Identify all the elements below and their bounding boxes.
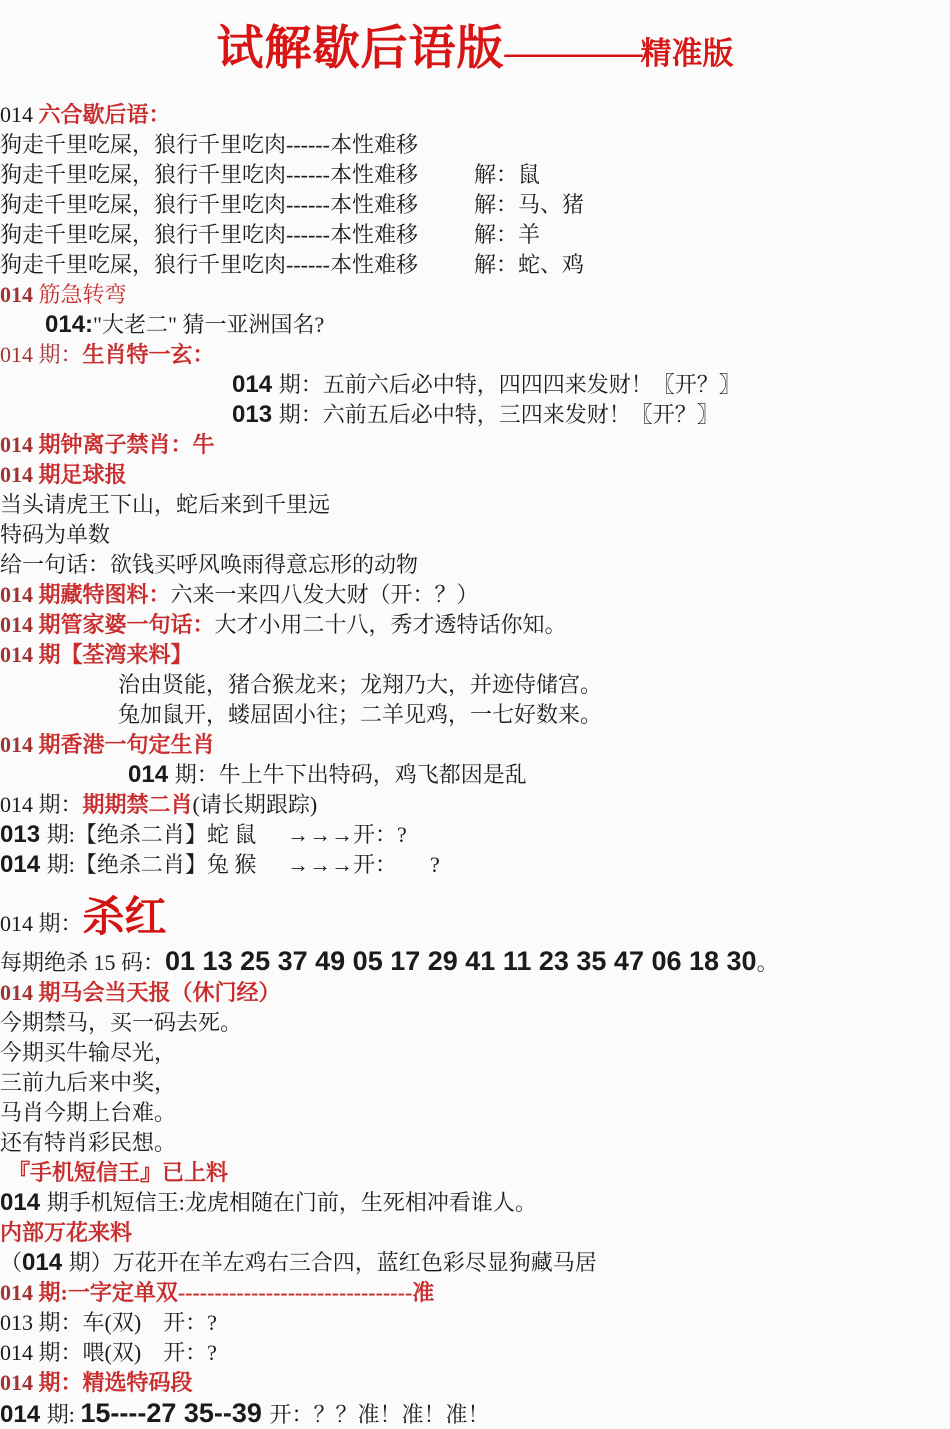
text-segment: 开：？？准！准！准！ bbox=[269, 1402, 489, 1427]
text-line: 014 六合歇后语： bbox=[0, 100, 950, 130]
text-line: 014 期钟离子禁肖：牛 bbox=[0, 430, 950, 460]
text-segment: 014 bbox=[0, 282, 39, 307]
text-segment: 六来一来四八发大财（开：？） bbox=[171, 582, 479, 607]
text-line: 014 期：期期禁二肖(请长期跟踪) bbox=[0, 790, 950, 820]
text-line: 014:"大老二" 猜一亚洲国名? bbox=[0, 310, 950, 340]
text-segment: 六合歇后语： bbox=[39, 102, 171, 127]
text-line: 013 期：六前五后必中特，三四来发财！〖开？〗 bbox=[0, 400, 950, 430]
text-segment: 014 bbox=[0, 732, 39, 757]
text-body: 014 六合歇后语：狗走千里吃屎，狼行千里吃肉------本性难移狗走千里吃屎，… bbox=[0, 100, 950, 1428]
text-segment: 014 bbox=[0, 1189, 47, 1216]
text-segment: 今期买牛输尽光， bbox=[0, 1040, 176, 1065]
text-segment: 014: bbox=[45, 311, 93, 338]
text-segment: 解：马、猪 bbox=[474, 190, 584, 220]
text-segment: 。 bbox=[757, 950, 779, 975]
text-segment: 014 bbox=[0, 642, 39, 667]
text-segment: 014 bbox=[0, 1280, 39, 1305]
text-line: 『手机短信王』已上料 bbox=[0, 1158, 950, 1188]
text-line: 014 期：五前六后必中特，四四四来发财！〖开？〗 bbox=[0, 370, 950, 400]
text-segment: 期:【绝杀二肖】兔 猴 bbox=[47, 852, 257, 877]
text-line: 当头请虎王下山，蛇后来到千里远 bbox=[0, 490, 950, 520]
text-segment: 每期绝杀 15 码： bbox=[0, 950, 165, 975]
text-line: 兔加鼠开，蝼屈固小往；二羊见鸡，一七好数来。 bbox=[0, 700, 950, 730]
text-segment: 还有特肖彩民想。 bbox=[0, 1130, 176, 1155]
text-segment: 期马会当天报（休门经） bbox=[39, 980, 281, 1005]
text-segment: 014 bbox=[232, 371, 279, 398]
text-line: 014 期藏特图料：六来一来四八发大财（开：？） bbox=[0, 580, 950, 610]
text-segment: 期：六前五后必中特，三四来发财！〖开？〗 bbox=[279, 402, 719, 427]
text-line: 每期绝杀 15 码：01 13 25 37 49 05 17 29 41 11 … bbox=[0, 944, 950, 978]
text-segment: 期足球报 bbox=[39, 462, 127, 487]
text-line: 狗走千里吃屎，狼行千里吃肉------本性难移解：羊 bbox=[0, 220, 950, 250]
text-segment: (请长期跟踪) bbox=[193, 792, 318, 817]
text-segment: 期）万花开在羊左鸡右三合四，蓝红色彩尽显狗藏马居 bbox=[69, 1250, 597, 1275]
text-line: 014 期：杀红 bbox=[0, 892, 950, 944]
text-line: 014 期：精选特码段 bbox=[0, 1368, 950, 1398]
text-segment: 014 bbox=[0, 851, 47, 878]
text-segment: 杀红 bbox=[83, 895, 167, 941]
page-title-main: 试解歇后语版 bbox=[217, 23, 505, 75]
text-line: 014 期足球报 bbox=[0, 460, 950, 490]
text-segment: 期香港一句定生肖 bbox=[39, 732, 215, 757]
text-segment: 014 bbox=[0, 980, 39, 1005]
text-segment: 01 13 25 37 49 05 17 29 41 11 23 35 47 0… bbox=[165, 946, 757, 976]
text-line: 今期买牛输尽光， bbox=[0, 1038, 950, 1068]
text-segment: 治由贤能，猪合猴龙来；龙翔乃大，并迹侍储宫。 bbox=[118, 672, 602, 697]
text-segment: 生肖特一玄： bbox=[83, 342, 215, 367]
text-line: 014 期马会当天报（休门经） bbox=[0, 978, 950, 1008]
text-segment: 内部万花来料 bbox=[0, 1220, 132, 1245]
text-segment: 014 期：喂(双) 开：? bbox=[0, 1340, 217, 1365]
text-segment: 013 bbox=[232, 401, 279, 428]
text-segment: 狗走千里吃屎，狼行千里吃肉------本性难移 bbox=[0, 162, 418, 187]
text-line: 014 期：喂(双) 开：? bbox=[0, 1338, 950, 1368]
text-line: 014 期：生肖特一玄： bbox=[0, 340, 950, 370]
text-segment: 解：鼠 bbox=[474, 160, 540, 190]
page-title: 试解歇后语版————精准版 bbox=[0, 20, 950, 86]
text-segment: →→→开： ? bbox=[287, 850, 440, 880]
text-segment: （ bbox=[0, 1250, 22, 1275]
text-segment: 筋急转弯 bbox=[39, 282, 127, 307]
text-line: 014 期管家婆一句话：大才小用二十八，秀才透特话你知。 bbox=[0, 610, 950, 640]
tip-sheet-page: 试解歇后语版————精准版 014 六合歇后语：狗走千里吃屎，狼行千里吃肉---… bbox=[0, 0, 950, 1429]
text-line: 内部万花来料 bbox=[0, 1218, 950, 1248]
text-segment: 特码为单数 bbox=[0, 522, 110, 547]
text-segment: 期管家婆一句话： bbox=[39, 612, 215, 637]
text-line: 014 期香港一句定生肖 bbox=[0, 730, 950, 760]
text-line: 还有特肖彩民想。 bbox=[0, 1128, 950, 1158]
text-segment: 014 bbox=[0, 102, 39, 127]
text-segment: 期【荃湾来料】 bbox=[39, 642, 193, 667]
text-line: 治由贤能，猪合猴龙来；龙翔乃大，并迹侍储宫。 bbox=[0, 670, 950, 700]
text-line: 三前九后来中奖， bbox=[0, 1068, 950, 1098]
text-segment: 兔加鼠开，蝼屈固小往；二羊见鸡，一七好数来。 bbox=[118, 702, 602, 727]
text-line: 013 期：车(双) 开：? bbox=[0, 1308, 950, 1338]
text-segment: 014 bbox=[0, 1401, 47, 1428]
text-line: 狗走千里吃屎，狼行千里吃肉------本性难移解：蛇、鸡 bbox=[0, 250, 950, 280]
text-segment: 期手机短信王:龙虎相随在门前，生死相冲看谁人。 bbox=[47, 1190, 537, 1215]
text-segment: 解：羊 bbox=[474, 220, 540, 250]
text-segment: 014 bbox=[128, 761, 175, 788]
text-segment: 期：牛上牛下出特码，鸡飞都因是乱 bbox=[175, 762, 527, 787]
text-segment: 15----27 35--39 bbox=[80, 1398, 269, 1428]
text-segment: →→→开：? bbox=[287, 820, 407, 850]
text-line: （014 期）万花开在羊左鸡右三合四，蓝红色彩尽显狗藏马居 bbox=[0, 1248, 950, 1278]
text-line: 马肖今期上台难。 bbox=[0, 1098, 950, 1128]
text-segment: 狗走千里吃屎，狼行千里吃肉------本性难移 bbox=[0, 222, 418, 247]
text-segment: 014 bbox=[0, 462, 39, 487]
text-segment: 狗走千里吃屎，狼行千里吃肉------本性难移 bbox=[0, 252, 418, 277]
text-segment: 狗走千里吃屎，狼行千里吃肉------本性难移 bbox=[0, 192, 418, 217]
text-segment: 期钟离子禁肖：牛 bbox=[39, 432, 215, 457]
text-line: 014 期：牛上牛下出特码，鸡飞都因是乱 bbox=[0, 760, 950, 790]
text-segment: 今期禁马，买一码去死。 bbox=[0, 1010, 242, 1035]
text-segment: "大老二" 猜一亚洲国名? bbox=[93, 312, 324, 337]
text-line: 狗走千里吃屎，狼行千里吃肉------本性难移解：马、猪 bbox=[0, 190, 950, 220]
text-segment: 014 bbox=[0, 582, 39, 607]
text-segment: 期:【绝杀二肖】蛇 鼠 bbox=[47, 822, 257, 847]
text-line: 014 筋急转弯 bbox=[0, 280, 950, 310]
text-segment: 狗走千里吃屎，狼行千里吃肉------本性难移 bbox=[0, 132, 418, 157]
text-line: 狗走千里吃屎，狼行千里吃肉------本性难移 bbox=[0, 130, 950, 160]
text-segment: 当头请虎王下山，蛇后来到千里远 bbox=[0, 492, 330, 517]
text-segment: 013 bbox=[0, 821, 47, 848]
text-segment: 期:一字定单双--------------------------------准 bbox=[39, 1280, 435, 1305]
text-segment: 014 期： bbox=[0, 911, 83, 936]
text-line: 014 期: 15----27 35--39 开：？？准！准！准！ bbox=[0, 1398, 950, 1428]
text-segment: 014 bbox=[0, 1370, 39, 1395]
text-segment: 014 期： bbox=[0, 792, 83, 817]
text-segment: 给一句话：欲钱买呼风唤雨得意忘形的动物 bbox=[0, 552, 418, 577]
text-segment: 期: bbox=[47, 1402, 81, 1427]
text-line: 狗走千里吃屎，狼行千里吃肉------本性难移解：鼠 bbox=[0, 160, 950, 190]
text-segment: 三前九后来中奖， bbox=[0, 1070, 176, 1095]
text-line: 014 期【荃湾来料】 bbox=[0, 640, 950, 670]
text-segment: 期期禁二肖 bbox=[83, 792, 193, 817]
text-line: 014 期:一字定单双-----------------------------… bbox=[0, 1278, 950, 1308]
page-title-suffix: 精准版 bbox=[641, 36, 734, 71]
text-segment: 期：精选特码段 bbox=[39, 1370, 193, 1395]
text-line: 今期禁马，买一码去死。 bbox=[0, 1008, 950, 1038]
text-segment: 013 期：车(双) 开：? bbox=[0, 1310, 217, 1335]
page-title-dash: ———— bbox=[505, 32, 641, 72]
text-segment: 期：五前六后必中特，四四四来发财！〖开？〗 bbox=[279, 372, 741, 397]
text-segment: 014 bbox=[0, 432, 39, 457]
text-segment: 期藏特图料： bbox=[39, 582, 171, 607]
text-segment: 解：蛇、鸡 bbox=[474, 250, 584, 280]
text-segment: 014 期： bbox=[0, 342, 83, 367]
text-segment: 大才小用二十八，秀才透特话你知。 bbox=[215, 612, 567, 637]
text-line: 014 期:【绝杀二肖】兔 猴→→→开： ? bbox=[0, 850, 950, 880]
text-line: 特码为单数 bbox=[0, 520, 950, 550]
text-line: 给一句话：欲钱买呼风唤雨得意忘形的动物 bbox=[0, 550, 950, 580]
text-segment: 马肖今期上台难。 bbox=[0, 1100, 176, 1125]
text-segment: 014 bbox=[0, 612, 39, 637]
text-segment: 014 bbox=[22, 1249, 69, 1276]
text-line: 014 期手机短信王:龙虎相随在门前，生死相冲看谁人。 bbox=[0, 1188, 950, 1218]
text-line: 013 期:【绝杀二肖】蛇 鼠→→→开：? bbox=[0, 820, 950, 850]
text-segment: 『手机短信王』已上料 bbox=[8, 1160, 228, 1185]
